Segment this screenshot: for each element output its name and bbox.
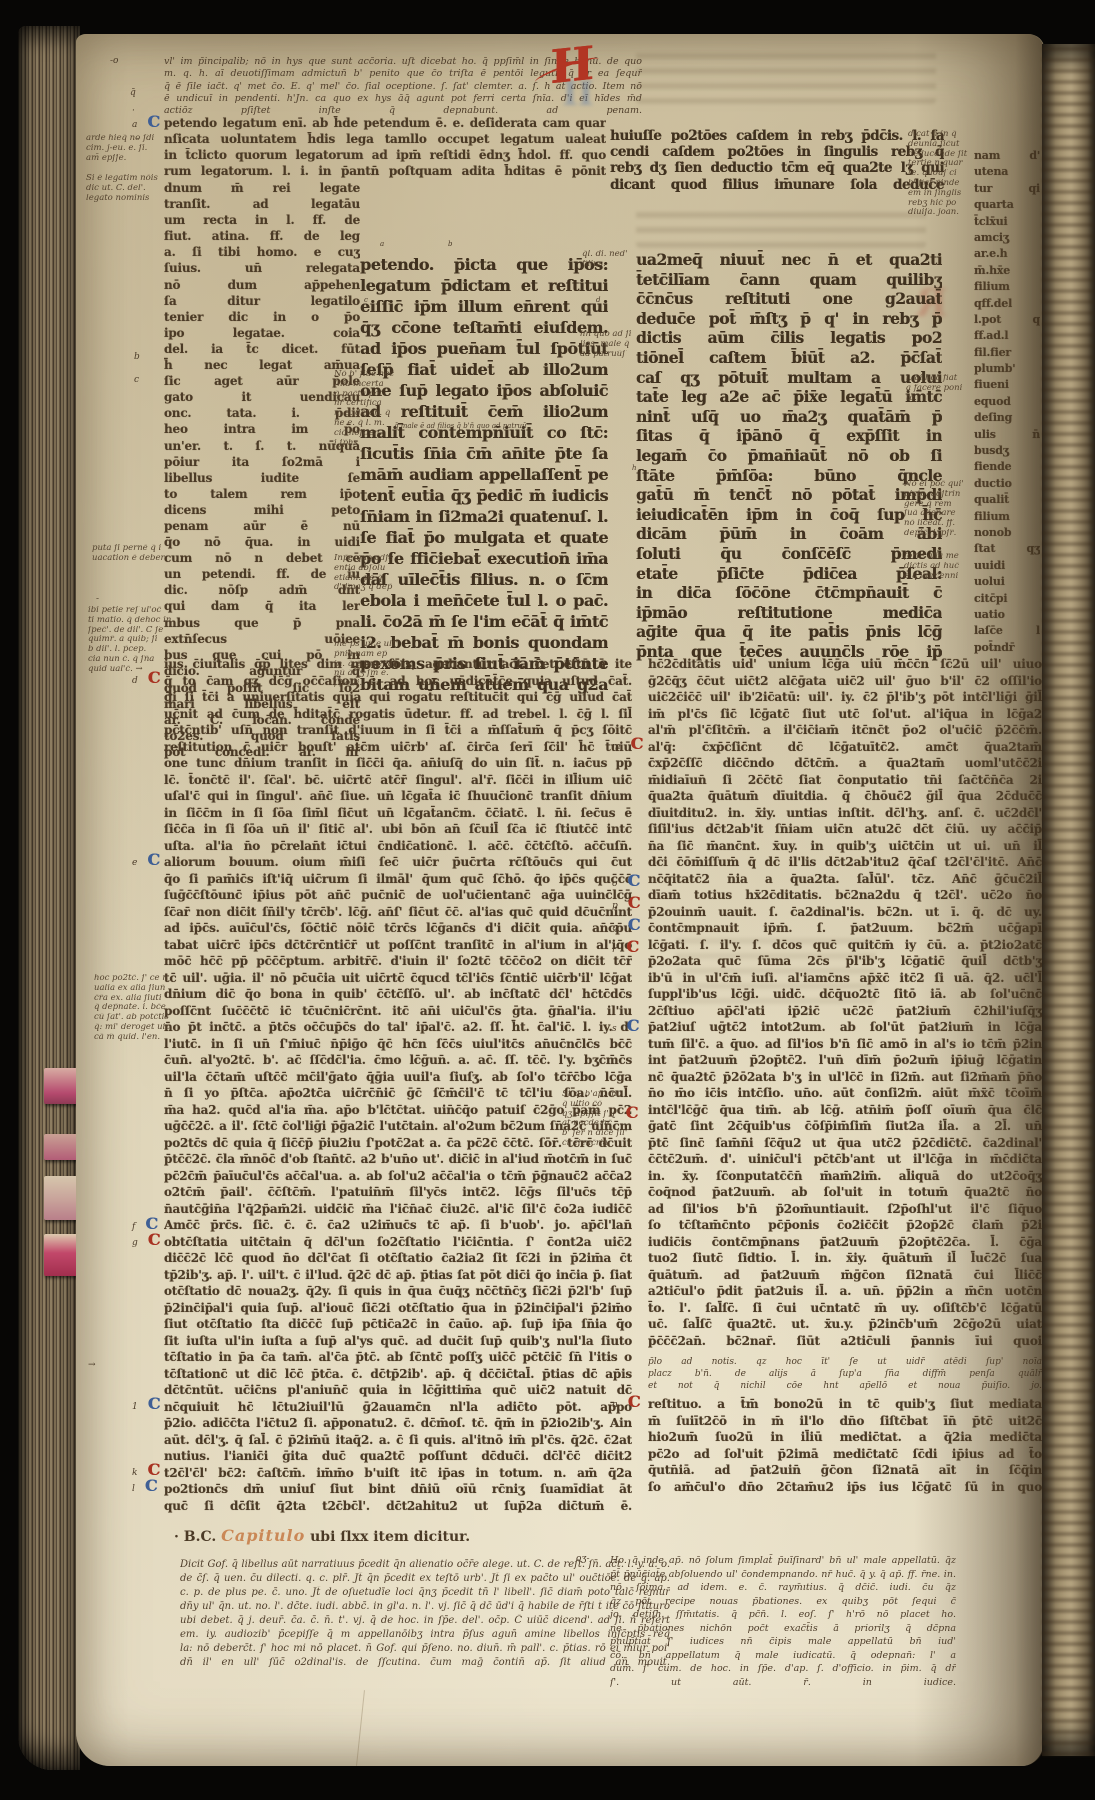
paraph-c-icon: C xyxy=(147,850,160,869)
index-letter: q xyxy=(612,923,618,933)
index-letter: d xyxy=(132,676,138,686)
paraph-initial: qC xyxy=(612,915,641,934)
paraph-c-icon: C xyxy=(626,937,639,956)
heading-rubric: Capitulo xyxy=(221,1526,305,1545)
heading-prefix: · B.C. xyxy=(174,1529,216,1545)
index-letter: 1 xyxy=(132,1402,138,1412)
margin-note: arde hieq̄ no ſdicim. j-eu. e. ſi. mḡam … xyxy=(86,134,160,163)
margin-mark: - xyxy=(136,134,139,144)
interlinear-letter: i xyxy=(776,180,778,188)
bookmark-tab xyxy=(44,1134,78,1160)
main-text-column-right: ua2meq̄ niuut̄ nec n̄ et qua2tit̄etc̄ilī… xyxy=(636,250,942,661)
index-letter: n xyxy=(612,1400,618,1410)
interlinear-letter: a xyxy=(380,240,384,248)
margin-mark: -o xyxy=(110,56,118,66)
paraph-c-icon: C xyxy=(627,1016,640,1035)
parchment-crease xyxy=(356,1690,365,1766)
next-page-edge xyxy=(1042,44,1095,1756)
margin-mark: c xyxy=(134,375,139,385)
showthrough-text xyxy=(636,204,926,248)
paraph-c-icon: C xyxy=(148,1394,161,1413)
margin-mark: · xyxy=(132,106,135,116)
folio-letter-rubric: H xyxy=(550,36,593,95)
paraph-initial: pC xyxy=(612,893,641,912)
paraph-c-icon: C xyxy=(631,734,644,753)
paraph-c-icon: C xyxy=(628,915,641,934)
margin-note: Nō b' ſiue h̄ec̄ſn̄ia incertaq̄ pac̄ta p… xyxy=(334,370,434,448)
gloss-lower-left-column: ius c̄iuitalis q̄p̄ lites dim men ſōis, … xyxy=(164,656,632,1514)
paraph-c-icon: C xyxy=(147,112,160,131)
paraph-initial: gC xyxy=(132,1230,161,1249)
interlinear-letter: d xyxy=(596,296,600,304)
paraph-c-icon: C xyxy=(628,893,641,912)
paraph-c-icon: C xyxy=(145,1476,158,1495)
margin-note: ibi petie reſ ul'oc̄ti matio. q̄ dehoc i… xyxy=(88,606,174,675)
paraph-initial: 1C xyxy=(132,1394,160,1413)
margin-mark: - xyxy=(96,594,99,604)
index-letter: g xyxy=(132,1238,138,1248)
index-letter: r xyxy=(612,945,616,955)
margin-note: Inp̄e quo adſeentia abſoluetiam. pe q̄d'… xyxy=(334,554,434,593)
paraph-c-icon: C xyxy=(148,668,161,687)
interlinear-letter: h xyxy=(632,464,637,472)
margin-note: q̄l. di. ned'filius. xyxy=(582,250,638,270)
margin-mark: q̄ xyxy=(130,88,136,98)
chapter-heading: · B.C. Capitulo ubi ſlxx item dicitur. xyxy=(174,1526,470,1545)
margin-note: puta ſi pernē q̄ iuacation ē deber xyxy=(92,544,174,564)
paraph-c-icon: C xyxy=(628,1392,641,1411)
paraph-initial: nC xyxy=(612,1392,641,1411)
manuscript-photo: vl' im p̄incipalib; nō in hys que sunt a… xyxy=(0,0,1095,1800)
margin-note: Si ē legatim nōisdic ut. C. del'. Lexleg… xyxy=(86,174,162,203)
index-letter: m xyxy=(612,742,621,752)
paraph-initial: oC xyxy=(612,871,640,890)
paraph-initial: dC xyxy=(132,668,161,687)
bottom-annotation-right: Ho. q̄ inde ap̄. nō ſolum ſimplat̄ p̄uīſ… xyxy=(610,1554,956,1689)
heading-suffix: ubi ſlxx item dicitur. xyxy=(310,1529,470,1545)
gutter-shadow xyxy=(914,34,1044,1766)
margin-mark: oʒ- xyxy=(576,1554,590,1564)
index-letter: o xyxy=(612,879,617,889)
index-letter: s xyxy=(612,1024,617,1034)
interlinear-rubric-note: q̄ male ē ad filios q̄ b'n̄ quo ad patru… xyxy=(394,422,527,430)
margin-mark: → xyxy=(88,1360,96,1370)
paraph-c-icon: C xyxy=(626,1103,639,1122)
gloss-block-top-left: petendo legatum enī. ab h̄de petendum ē.… xyxy=(164,116,606,180)
paraph-initial: tC xyxy=(612,1103,638,1122)
margin-note: h̄n quo ad ſilios. male q̄ad patruūſ xyxy=(580,330,642,359)
index-letter: l xyxy=(132,1484,135,1494)
index-letter: p xyxy=(612,901,618,911)
index-letter: t xyxy=(612,1111,616,1121)
book-page-edges xyxy=(18,26,80,1770)
interlinear-letter: c xyxy=(364,296,368,304)
index-letter: a xyxy=(132,120,137,130)
paraph-initial: lC xyxy=(132,1476,158,1495)
margin-note: hoc po2tc̄. ſ' ce nualia ex alia ſiun̄c̄… xyxy=(94,974,178,1043)
paraph-initial: mC xyxy=(612,734,643,753)
main-text-column-left: petendo. p̄icta que ip̄os: contīḡlegatum… xyxy=(360,254,608,695)
manuscript-page: vl' im p̄incipalib; nō in hys que sunt a… xyxy=(76,34,1044,1766)
gloss-column-left: dnum m̄ rei legatetranſit. ad legatāuum … xyxy=(164,180,360,679)
showthrough-text xyxy=(636,46,936,104)
paraph-initial: aC xyxy=(132,112,160,131)
margin-mark: b xyxy=(134,352,140,362)
bottom-annotation-left: Dicit Gof. q̄ libellus aūt narratiuus p̄… xyxy=(180,1558,670,1670)
index-letter: e xyxy=(132,858,137,868)
paraph-initial: eC xyxy=(132,850,160,869)
interlinear-letter: b xyxy=(448,240,452,248)
paraph-c-icon: C xyxy=(148,1230,161,1249)
margin-note: me p̄s un̄ e ult'p̄nia nam ep̄in. q̄ ē t… xyxy=(334,640,430,689)
paraph-initial: rC xyxy=(612,937,639,956)
paraph-initial: sC xyxy=(612,1016,639,1035)
paraph-c-icon: C xyxy=(627,871,640,890)
